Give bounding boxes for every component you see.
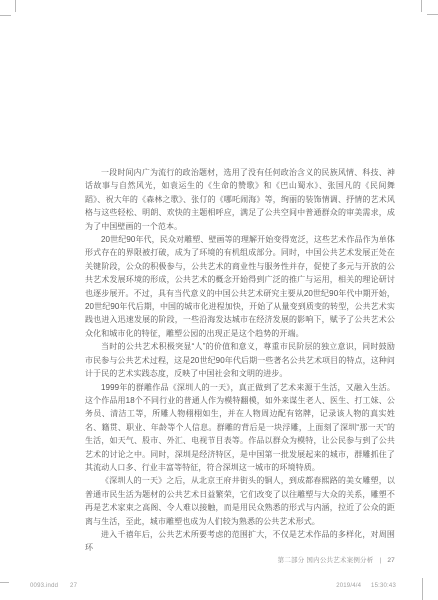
crop-mark-top-left-vertical — [15, 0, 16, 12]
paragraph-6: 进入千禧年后，公共艺术所要考虑的范围扩大，不仅是艺术作品的多样化，对周围环 — [85, 528, 395, 555]
slug-file-name: 0093.indd — [30, 583, 58, 589]
slug-file-info: 0093.indd 27 — [30, 583, 77, 589]
crop-mark-bottom-right-vertical — [422, 578, 423, 600]
paragraph-2: 20世纪90年代，民众对雕塑、壁画等的理解开始变得宽泛，这些艺术作品作为单体形式… — [85, 233, 395, 340]
paragraph-3: 当时的公共艺术积极突显“人”的价值和意义，尊重市民阶层的独立意识，同时鼓励市民参… — [85, 340, 395, 380]
slug-time: 15:30:43 — [371, 583, 396, 589]
crop-mark-top-right-vertical — [421, 0, 422, 12]
document-page: 一段时间内广为流行的政治题材，选用了没有任何政治含义的民族风情、科技、神话故事与… — [0, 0, 438, 600]
paragraph-1: 一段时间内广为流行的政治题材，选用了没有任何政治含义的民族风情、科技、神话故事与… — [85, 166, 395, 233]
body-text-block: 一段时间内广为流行的政治题材，选用了没有任何政治含义的民族风情、科技、神话故事与… — [85, 166, 395, 555]
slug-file-page: 27 — [70, 583, 77, 589]
paragraph-4: 1999年的群雕作品《深圳人的一天》，真正做到了艺术来源于生活，又融入生活。这个… — [85, 381, 395, 475]
slug-timestamp: 2019/4/4 15:30:43 — [336, 583, 396, 589]
slug-date: 2019/4/4 — [336, 583, 361, 589]
crop-mark-top-left-horizontal — [0, 15, 11, 16]
footer-separator: | — [379, 557, 381, 564]
crop-mark-bottom-left-horizontal — [0, 582, 9, 583]
paragraph-5: 《深圳人的一天》之后，从北京王府井街头的铜人，到成都春熙路的美女雕塑，以普通市民… — [85, 474, 395, 528]
running-footer: 第二部分 国内公共艺术案例分析 | 27 — [85, 555, 395, 564]
footer-section-title: 第二部分 国内公共艺术案例分析 — [278, 557, 374, 564]
footer-page-number: 27 — [387, 557, 395, 564]
crop-mark-top-right-horizontal — [427, 14, 438, 15]
